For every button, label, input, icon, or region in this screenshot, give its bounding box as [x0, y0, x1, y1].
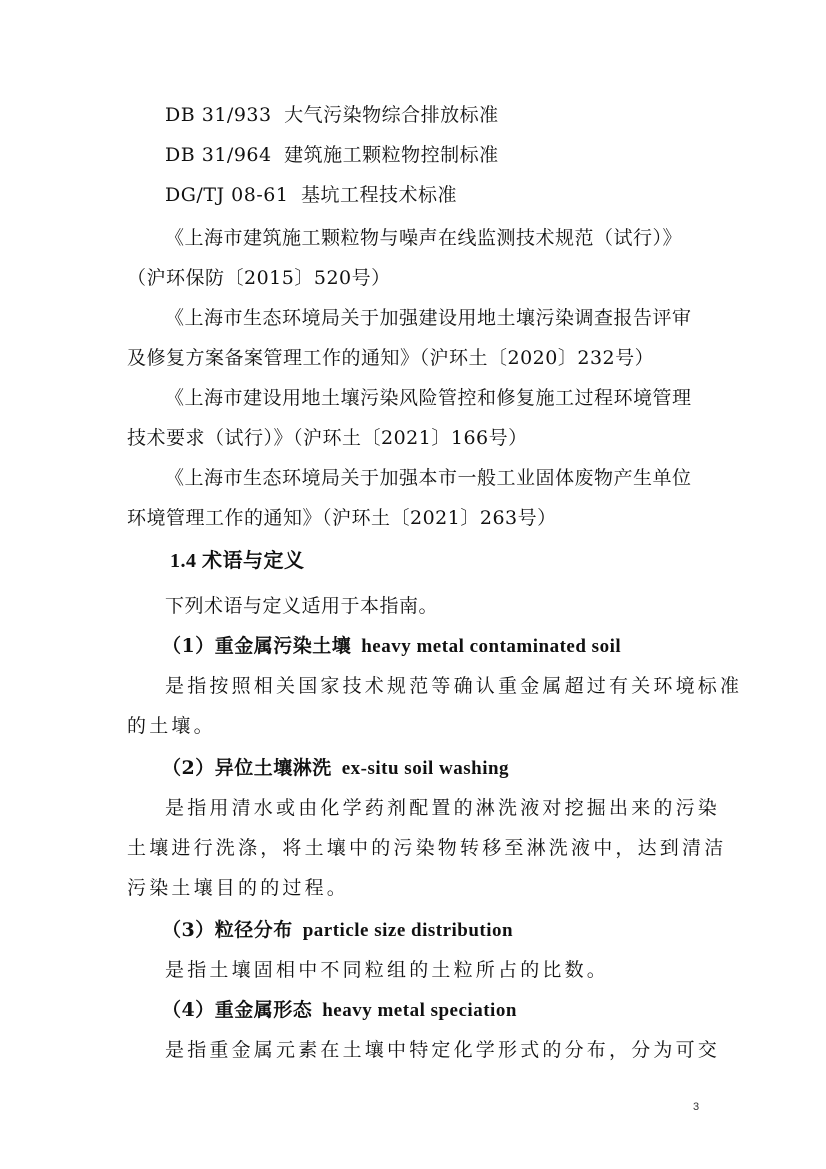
reference-item: DB 31/964 建筑施工颗粒物控制标准 [165, 143, 499, 167]
term-definition: 是指按照相关国家技术规范等确认重金属超过有关环境标准 [165, 674, 742, 698]
term-definition: 是指土壤固相中不同粒组的土粒所占的比数。 [165, 958, 609, 982]
reference-code: DG/TJ 08-61 [165, 184, 288, 206]
term-label: （2）异位土壤淋洗 [162, 757, 332, 779]
section-intro: 下列术语与定义适用于本指南。 [165, 594, 438, 618]
reference-code: DB 31/933 [165, 104, 272, 126]
term-definition: 污染土壤目的的过程。 [127, 876, 349, 900]
reference-code: DB 31/964 [165, 144, 272, 166]
reference-item: DG/TJ 08-61 基坑工程技术标准 [165, 183, 457, 207]
term-definition: 是指用清水或由化学药剂配置的淋洗液对挖掘出来的污染 [165, 796, 720, 820]
document-reference-line: 环境管理工作的通知》（沪环土〔2021〕263号） [127, 506, 557, 530]
term-heading: （4）重金属形态heavy metal speciation [162, 998, 517, 1023]
document-reference-line: 《上海市生态环境局关于加强建设用地土壤污染调查报告评审 [165, 306, 692, 330]
document-reference-line: 《上海市生态环境局关于加强本市一般工业固体废物产生单位 [165, 466, 692, 490]
term-definition: 土壤进行洗涤，将土壤中的污染物转移至淋洗液中，达到清洁 [127, 836, 726, 860]
document-reference-line: 《上海市建筑施工颗粒物与噪声在线监测技术规范（试行）》 [165, 226, 682, 250]
reference-item: DB 31/933 大气污染物综合排放标准 [165, 103, 499, 127]
term-english: ex-situ soil washing [342, 758, 509, 779]
section-heading: 1.4 术语与定义 [170, 549, 305, 573]
term-heading: （1）重金属污染土壤heavy metal contaminated soil [162, 634, 621, 659]
term-definition: 是指重金属元素在土壤中特定化学形式的分布，分为可交 [165, 1038, 720, 1062]
term-heading: （3）粒径分布particle size distribution [162, 918, 513, 943]
document-reference-line: （沪环保防〔2015〕520号） [127, 266, 391, 290]
term-english: heavy metal contaminated soil [361, 636, 621, 657]
reference-title: 建筑施工颗粒物控制标准 [284, 144, 499, 166]
term-definition: 的土壤。 [127, 714, 216, 738]
reference-title: 基坑工程技术标准 [301, 184, 457, 206]
document-page: DB 31/933 大气污染物综合排放标准 DB 31/964 建筑施工颗粒物控… [0, 0, 826, 1169]
document-reference-line: 技术要求（试行）》（沪环土〔2021〕166号） [127, 426, 528, 450]
term-english: heavy metal speciation [322, 1000, 517, 1021]
term-heading: （2）异位土壤淋洗ex-situ soil washing [162, 756, 509, 781]
term-label: （4）重金属形态 [162, 999, 312, 1021]
document-reference-line: 《上海市建设用地土壤污染风险管控和修复施工过程环境管理 [165, 386, 692, 410]
term-english: particle size distribution [303, 920, 513, 941]
page-number: 3 [693, 1101, 699, 1113]
document-reference-line: 及修复方案备案管理工作的通知》（沪环土〔2020〕232号） [127, 346, 654, 370]
term-label: （1）重金属污染土壤 [162, 635, 351, 657]
term-label: （3）粒径分布 [162, 919, 293, 941]
reference-title: 大气污染物综合排放标准 [284, 104, 499, 126]
